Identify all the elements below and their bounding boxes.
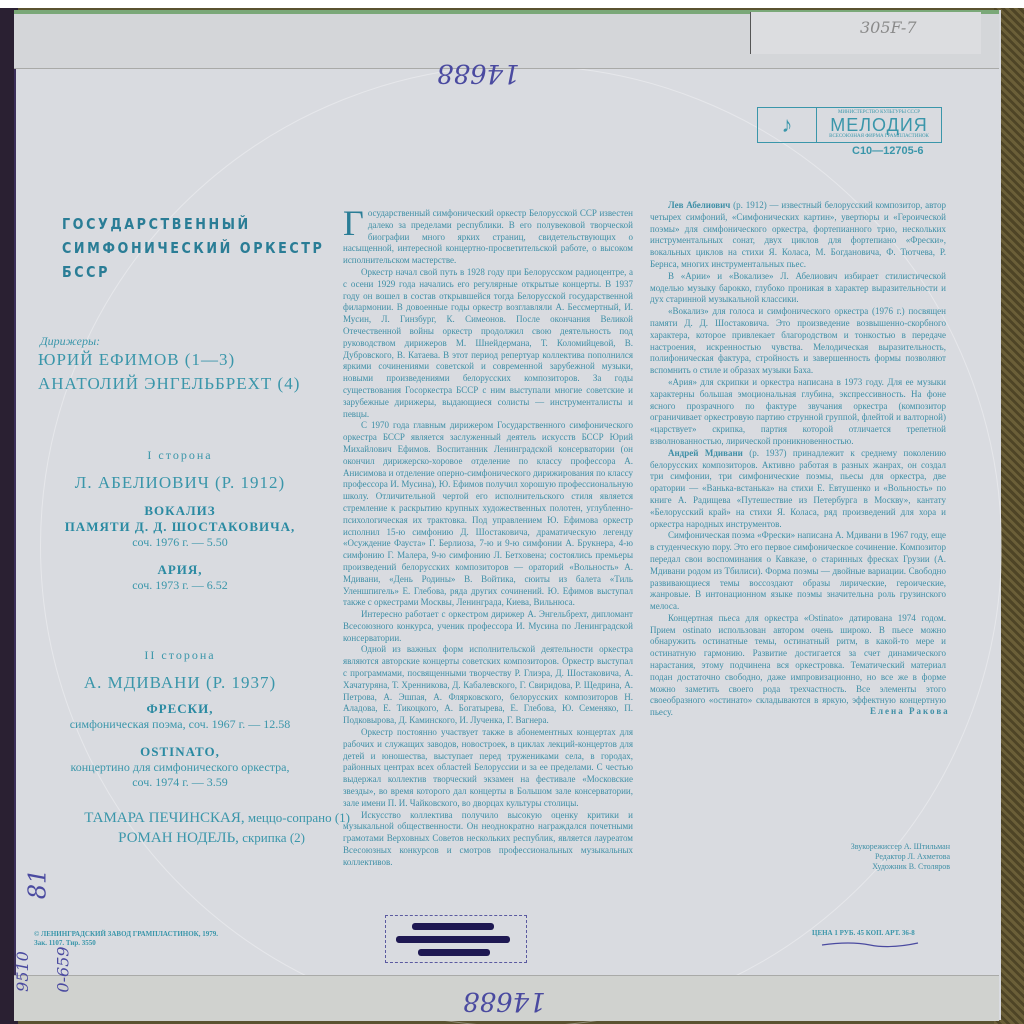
melodiya-record-icon: ♪	[758, 108, 817, 142]
side-label: II сторона	[20, 648, 340, 663]
article-paragraph: Искусство коллектива получило высокую оц…	[343, 810, 633, 869]
article-author: Елена Ракова	[870, 706, 950, 718]
logo-company: ВСЕСОЮЗНАЯ ФИРМА ГРАМПЛАСТИНОК	[817, 134, 941, 140]
article-paragraph: Государственный симфонический оркестр Бе…	[343, 208, 633, 267]
performer-role: меццо-сопрано (1)	[248, 810, 350, 825]
logo-name: МЕЛОДИЯ	[817, 116, 941, 134]
work-title: ФРЕСКИ,	[20, 701, 340, 717]
work-subtitle: концертино для симфонического оркестра,	[20, 760, 340, 775]
article-paragraph: Интересно работает с оркестром дирижер А…	[343, 609, 633, 644]
handwritten-note-b: 0-659	[54, 946, 73, 992]
article-column-1: Государственный симфонический оркестр Бе…	[343, 208, 633, 869]
article-paragraph: Лев Абелиович (р. 1912) — известный бело…	[650, 200, 946, 271]
article-paragraph: С 1970 года главным дирижером Государств…	[343, 420, 633, 609]
performer-name: ТАМАРА ПЕЧИНСКАЯ,	[84, 810, 244, 826]
work-meta: соч. 1974 г. — 3.59	[20, 775, 340, 790]
article-paragraph: Одной из важных форм исполнительской дея…	[343, 644, 633, 727]
work-meta: симфоническая поэма, соч. 1967 г. — 12.5…	[20, 717, 340, 732]
article-paragraph: «Ария» для скрипки и оркестра написана в…	[650, 377, 946, 448]
article-paragraph: Оркестр постоянно участвует также в абон…	[343, 727, 633, 810]
conductors-label: Дирижеры:	[40, 334, 100, 349]
side-label: I сторона	[20, 448, 340, 463]
article-paragraph: В «Арии» и «Вокализе» Л. Абелиович избир…	[650, 271, 946, 306]
price-underline	[820, 940, 920, 948]
conductor-1: ЮРИЙ ЕФИМОВ (1—3)	[38, 350, 235, 370]
work-meta: соч. 1976 г. — 5.50	[20, 535, 340, 550]
performer-role: скрипка (2)	[242, 830, 305, 845]
orchestra-title: ГОСУДАРСТВЕННЫЙ СИМФОНИЧЕСКИЙ ОРКЕСТР БС…	[62, 212, 324, 284]
article-paragraph: Концертная пьеса для оркестра «Ostinato»…	[650, 613, 946, 719]
drop-cap: Г	[343, 208, 364, 238]
work-title: АРИЯ,	[20, 562, 340, 578]
handwritten-note-c: 9510	[13, 951, 32, 992]
conductor-2: АНАТОЛИЙ ЭНГЕЛЬБРЕХТ (4)	[38, 374, 300, 394]
article-column-2: Лев Абелиович (р. 1912) — известный бело…	[650, 200, 946, 719]
handwritten-number-bottom: 14688	[463, 986, 546, 1016]
composer: Л. АБЕЛИОВИЧ (Р. 1912)	[20, 473, 340, 493]
composer: А. МДИВАНИ (Р. 1937)	[20, 673, 340, 693]
handwritten-corner-note: 305F-7	[860, 18, 917, 37]
article-paragraph: Симфоническая поэма «Фрески» написана А.…	[650, 530, 946, 613]
side-1: I сторона Л. АБЕЛИОВИЧ (Р. 1912) ВОКАЛИЗ…	[20, 448, 340, 593]
background-top	[0, 0, 1024, 8]
work-title: OSTINATO,	[20, 744, 340, 760]
copyright: © ЛЕНИНГРАДСКИЙ ЗАВОД ГРАМПЛАСТИНОК, 197…	[34, 930, 218, 948]
performers: ТАМАРА ПЕЧИНСКАЯ, меццо-сопрано (1) РОМА…	[30, 808, 350, 848]
credits: Звукорежиссер А. Штильман Редактор Л. Ах…	[820, 842, 950, 872]
handwritten-number-top: 14688	[437, 58, 520, 88]
performer-name: РОМАН НОДЕЛЬ,	[118, 830, 239, 846]
catalog-number: С10—12705-6	[852, 145, 924, 157]
work-subtitle: ПАМЯТИ Д. Д. ШОСТАКОВИЧА,	[20, 519, 340, 535]
work-meta: соч. 1973 г. — 6.52	[20, 578, 340, 593]
article-paragraph: Оркестр начал свой путь в 1928 году при …	[343, 267, 633, 420]
stamp-box	[385, 915, 527, 963]
melodiya-logo: ♪ МИНИСТЕРСТВО КУЛЬТУРЫ СССР МЕЛОДИЯ ВСЕ…	[757, 107, 942, 143]
article-paragraph: Андрей Мдивани (р. 1937) принадлежит к с…	[650, 448, 946, 531]
work-title: ВОКАЛИЗ	[20, 503, 340, 519]
price: ЦЕНА 1 РУБ. 45 КОП. АРТ. 36-8	[812, 929, 915, 937]
handwritten-note-a: 81	[23, 869, 51, 900]
side-2: II сторона А. МДИВАНИ (Р. 1937) ФРЕСКИ, …	[20, 648, 340, 790]
article-paragraph: «Вокализ» для голоса и симфонического ор…	[650, 306, 946, 377]
